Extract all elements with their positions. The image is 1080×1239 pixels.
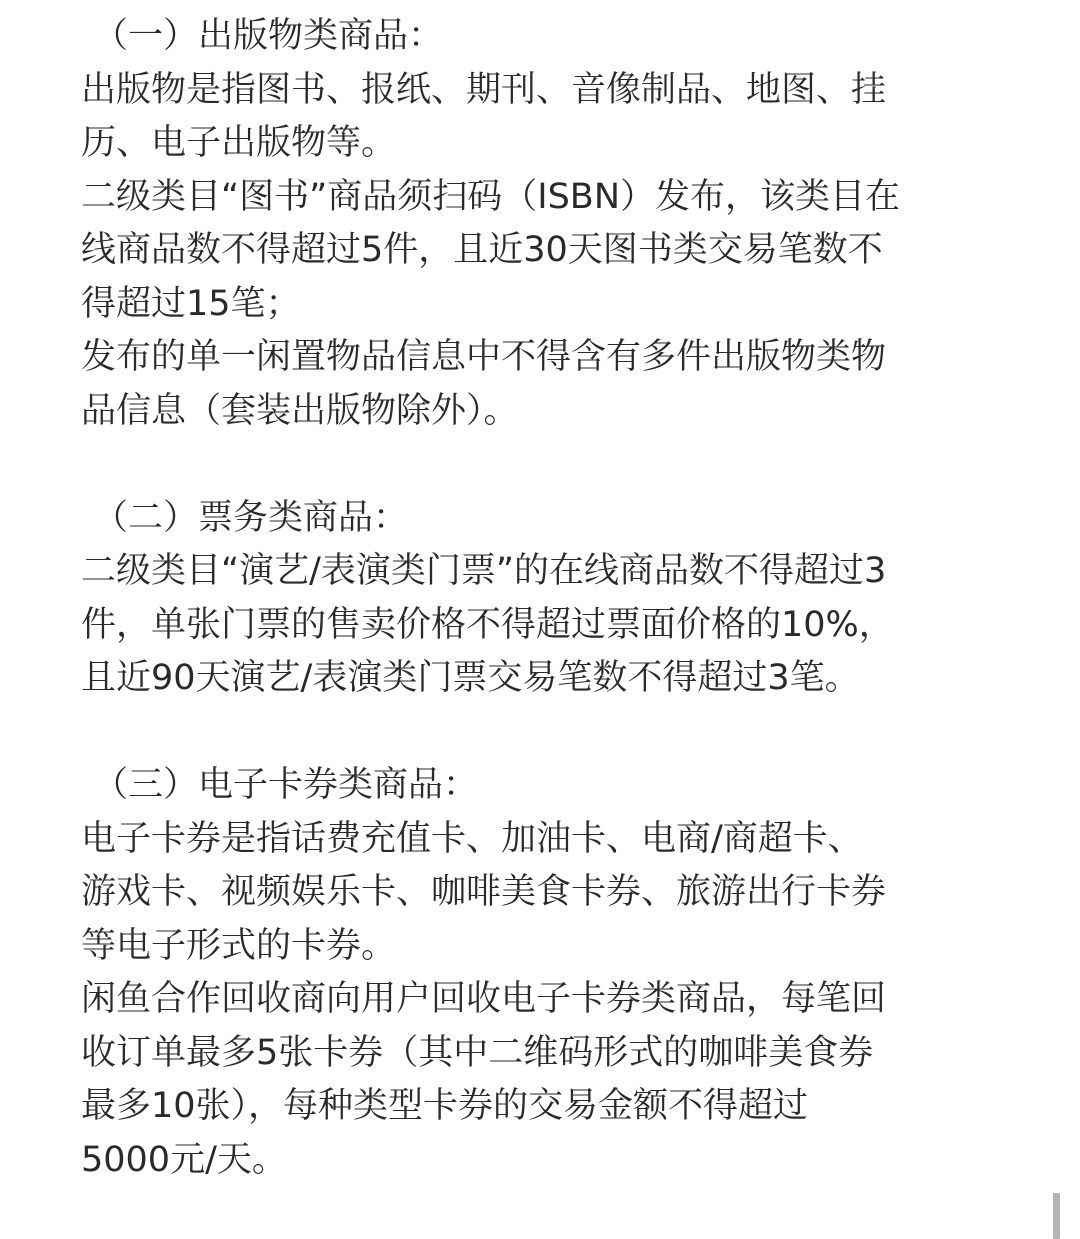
section-heading: （二）票务类商品： [81,492,961,546]
paragraph-line: 闲鱼合作回收商向用户回收电子卡券类商品，每笔回 [81,973,961,1027]
section-publications: （一）出版物类商品： 出版物是指图书、报纸、期刊、音像制品、地图、挂 历、电子出… [81,10,961,438]
paragraph-line: 出版物是指图书、报纸、期刊、音像制品、地图、挂 [81,64,961,118]
paragraph-line: 品信息（套装出版物除外）。 [81,385,961,439]
paragraph-line: 发布的单一闲置物品信息中不得含有多件出版物类物 [81,331,961,385]
paragraph-line: 件，单张门票的售卖价格不得超过票面价格的10%， [81,599,961,653]
paragraph-line: 电子卡券是指话费充值卡、加油卡、电商/商超卡、 [81,813,961,867]
paragraph-line: 得超过15笔； [81,278,961,332]
paragraph-line: 二级类目“演艺/表演类门票”的在线商品数不得超过3 [81,545,961,599]
paragraph-line: 历、电子出版物等。 [81,117,961,171]
document-body: （一）出版物类商品： 出版物是指图书、报纸、期刊、音像制品、地图、挂 历、电子出… [81,10,961,1187]
paragraph-line: 最多10张），每种类型卡券的交易金额不得超过 [81,1080,961,1134]
section-spacer [81,438,961,492]
paragraph-line: 等电子形式的卡券。 [81,920,961,974]
section-e-vouchers: （三）电子卡券类商品： 电子卡券是指话费充值卡、加油卡、电商/商超卡、 游戏卡、… [81,759,961,1187]
paragraph-line: 线商品数不得超过5件，且近30天图书类交易笔数不 [81,224,961,278]
section-heading: （一）出版物类商品： [81,10,961,64]
vertical-scrollbar-thumb[interactable] [1053,1193,1060,1239]
section-tickets: （二）票务类商品： 二级类目“演艺/表演类门票”的在线商品数不得超过3 件，单张… [81,492,961,706]
section-spacer [81,706,961,760]
paragraph-line: 二级类目“图书”商品须扫码（ISBN）发布，该类目在 [81,171,961,225]
paragraph-line: 且近90天演艺/表演类门票交易笔数不得超过3笔。 [81,652,961,706]
paragraph-line: 游戏卡、视频娱乐卡、咖啡美食卡券、旅游出行卡券 [81,866,961,920]
paragraph-line: 收订单最多5张卡券（其中二维码形式的咖啡美食券 [81,1027,961,1081]
paragraph-line: 5000元/天。 [81,1134,961,1188]
section-heading: （三）电子卡券类商品： [81,759,961,813]
